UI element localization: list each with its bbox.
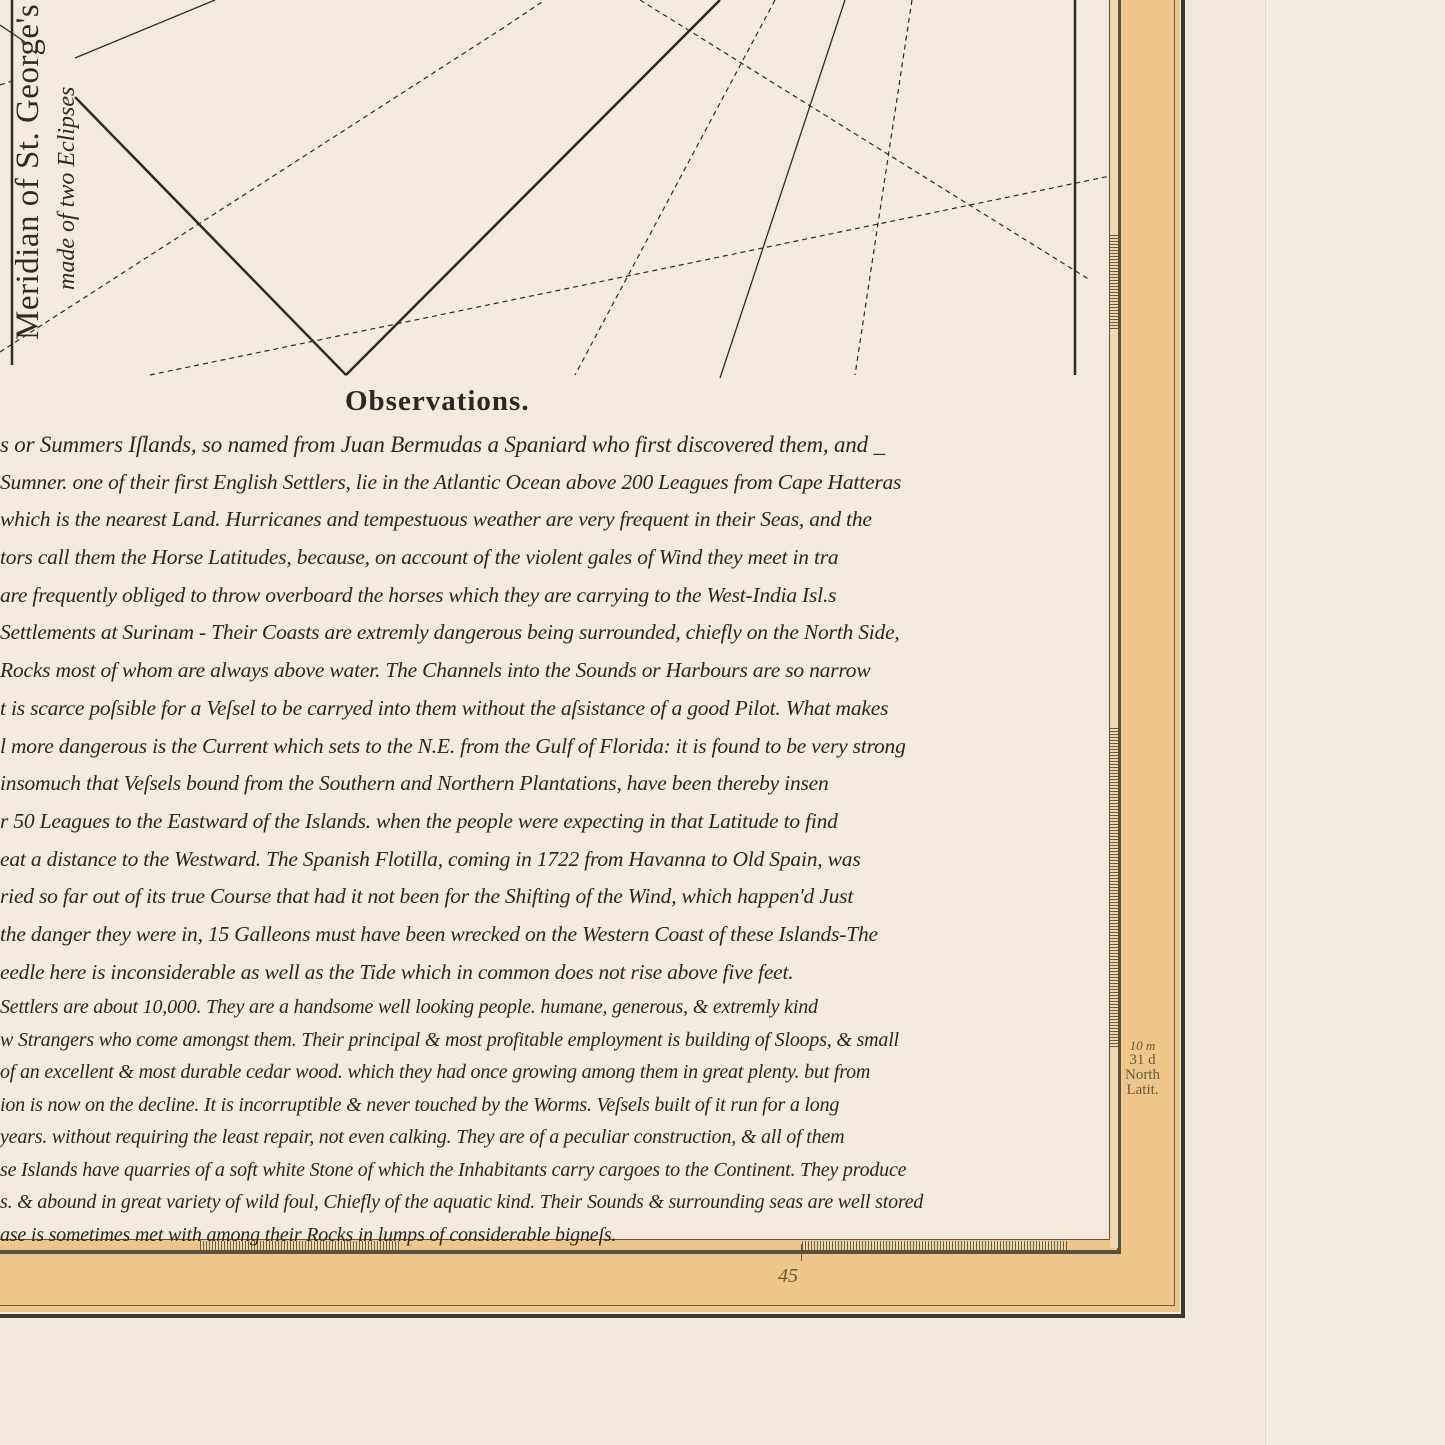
latitude-degrees: 31 d (1120, 1053, 1165, 1068)
latitude-scale-strip (1110, 0, 1118, 1248)
observation-line: Sumner. one of their first English Settl… (0, 464, 1110, 502)
observation-line: tors call them the Horse Latitudes, beca… (0, 539, 1110, 577)
observations-title: Observations. (345, 385, 530, 418)
observation-line: l more dangerous is the Current which se… (0, 728, 1110, 766)
blank-paper-margin (1265, 0, 1445, 1445)
latitude-latit: Latit. (1120, 1083, 1165, 1098)
observation-line: w Strangers who come amongst them. Their… (0, 1024, 1110, 1057)
latitude-minutes: 10 m (1120, 1038, 1165, 1053)
observation-line: Settlements at Surinam - Their Coasts ar… (0, 614, 1110, 652)
observation-line: r 50 Leagues to the Eastward of the Isla… (0, 803, 1110, 841)
latitude-scale-ticks (1110, 235, 1118, 330)
observation-line: years. without requiring the least repai… (0, 1121, 1110, 1154)
observations-text: s or Summers Iſlands, so named from Juan… (0, 426, 1110, 1251)
observation-line: Settlers are about 10,000. They are a ha… (0, 991, 1110, 1024)
observation-line: of an excellent & most durable cedar woo… (0, 1056, 1110, 1089)
observation-line: s or Summers Iſlands, so named from Juan… (0, 426, 1110, 464)
observation-line: ried so far out of its true Course that … (0, 878, 1110, 916)
observation-line: eat a distance to the Westward. The Span… (0, 841, 1110, 879)
observation-line: the danger they were in, 15 Galleons mus… (0, 916, 1110, 954)
meridian-sublabel: made of two Eclipses (54, 87, 81, 290)
observation-line: insomuch that Veſsels bound from the Sou… (0, 765, 1110, 803)
observation-line: Rocks most of whom are always above wate… (0, 652, 1110, 690)
longitude-label: 45 (778, 1265, 798, 1288)
observation-line: are frequently obliged to throw overboar… (0, 577, 1110, 615)
meridian-label: Meridian of St. George's (10, 4, 47, 340)
latitude-label: 10 m 31 d North Latit. (1120, 1038, 1165, 1098)
observation-line: se Islands have quarries of a soft white… (0, 1154, 1110, 1187)
latitude-scale-ticks (1110, 728, 1118, 1048)
observation-line: ion is now on the decline. It is incorru… (0, 1089, 1110, 1122)
latitude-north: North (1120, 1068, 1165, 1083)
observation-line: ase is sometimes met with among their Ro… (0, 1219, 1110, 1252)
observation-line: t is scarce poſsible for a Veſsel to be … (0, 690, 1110, 728)
observation-line: s. & abound in great variety of wild fou… (0, 1186, 1110, 1219)
observation-line: eedle here is inconsiderable as well as … (0, 954, 1110, 992)
longitude-tick-mark (801, 1244, 802, 1261)
map-plate: Meridian of St. George's made of two Ecl… (0, 0, 1110, 1240)
observation-line: which is the nearest Land. Hurricanes an… (0, 501, 1110, 539)
